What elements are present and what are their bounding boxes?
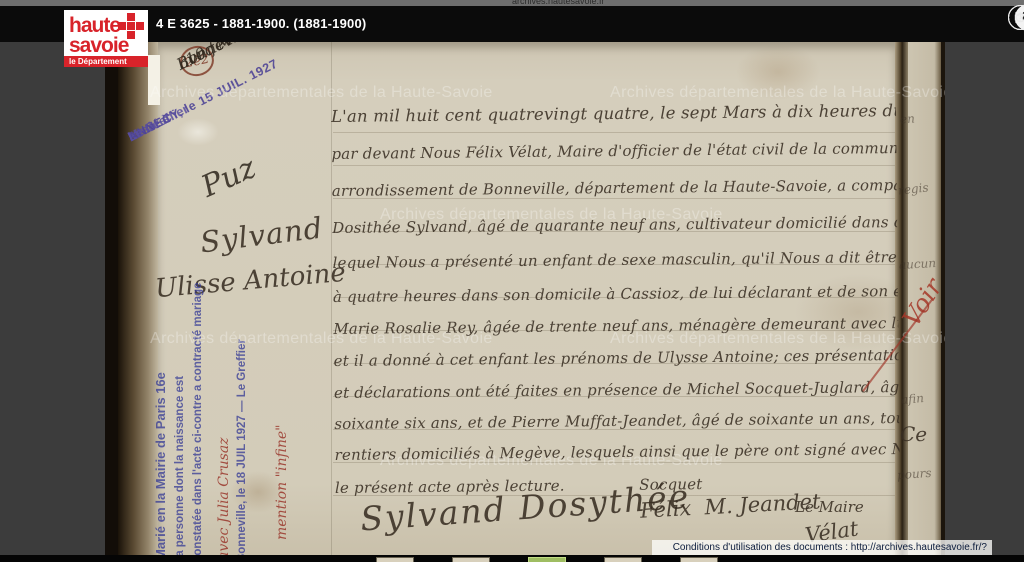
act-line: lequel Nous a présenté un enfant de sexe… (332, 247, 900, 272)
logo-text-savoie: savoie (69, 35, 128, 56)
archive-viewer-window: archives.hautesavoie.fr 4 E 3625 - 1881-… (0, 0, 1024, 562)
conditions-notice: Conditions d'utilisation des documents :… (652, 540, 992, 556)
thumbnail-filmstrip (0, 555, 1024, 562)
side-note-red: mention "infine" (274, 424, 290, 540)
act-line: L'an mil huit cent quatrevingt quatre, l… (331, 100, 901, 126)
viewer-header: 4 E 3625 - 1881-1900. (1881-1900) (0, 6, 1024, 42)
act-line: et il a donné à cet enfant les prénoms d… (334, 346, 901, 370)
document-title: 4 E 3625 - 1881-1900. (1881-1900) (156, 6, 366, 42)
document-image[interactable]: 2è2 Bonneville 20e — 10 février 1927 ave… (105, 42, 945, 562)
act-line: à quatre heures dans son domicile à Cass… (333, 282, 901, 306)
side-note-red: avec Julia Crusaz (216, 437, 232, 560)
logo-text-haute: haute (69, 15, 120, 36)
act-line: arrondissement de Bonneville, départemen… (332, 175, 901, 200)
act-line: par devant Nous Félix Vélat, Maire d'off… (331, 138, 900, 163)
act-line: rentiers domiciliés à Megève, lesquels a… (334, 440, 900, 464)
edge-text-fragment: aucun (899, 256, 937, 272)
haute-savoie-logo[interactable]: haute savoie le Département (64, 10, 148, 67)
side-stamp-line: constatée dans l'acte ci-contre a contra… (192, 283, 204, 562)
act-line: Marie Rosalie Rey, âgée de trente neuf a… (333, 314, 901, 338)
act-line: soixante six ans, et de Pierre Muffat-Je… (334, 408, 901, 433)
power-button[interactable] (1008, 5, 1024, 30)
signature-mayor-title: Le Maire (795, 498, 864, 516)
savoie-cross-icon (127, 13, 135, 21)
page-thumbnail-current[interactable] (528, 557, 566, 562)
side-stamp-line: la personne dont la naissance est (174, 376, 186, 560)
act-line: Dosithée Sylvand, âgé de quarante neuf a… (332, 212, 901, 237)
logo-tagline: le Département (64, 56, 148, 67)
savoie-cross-icon (136, 22, 144, 30)
edge-text-fragment: afin (900, 391, 924, 407)
book-binding (105, 42, 118, 562)
act-line: et déclarations ont été faites en présen… (334, 378, 901, 402)
edge-annotation: Ce (900, 422, 927, 446)
page-thumbnail[interactable] (376, 557, 414, 562)
edge-text-fragment: en (900, 111, 916, 126)
page-thumbnail[interactable] (604, 557, 642, 562)
side-stamp-line: Marié en la Mairie de Paris 16e (153, 372, 168, 560)
page-thumbnail[interactable] (680, 557, 718, 562)
savoie-cross-icon (127, 22, 135, 30)
side-stamp-line: Bonneville, le 18 JUIL 1927 — Le Greffie… (236, 339, 248, 562)
page-edge (941, 42, 945, 562)
page-thumbnail[interactable] (452, 557, 490, 562)
power-icon (1014, 11, 1024, 24)
edge-text-fragment: pours (897, 466, 932, 482)
